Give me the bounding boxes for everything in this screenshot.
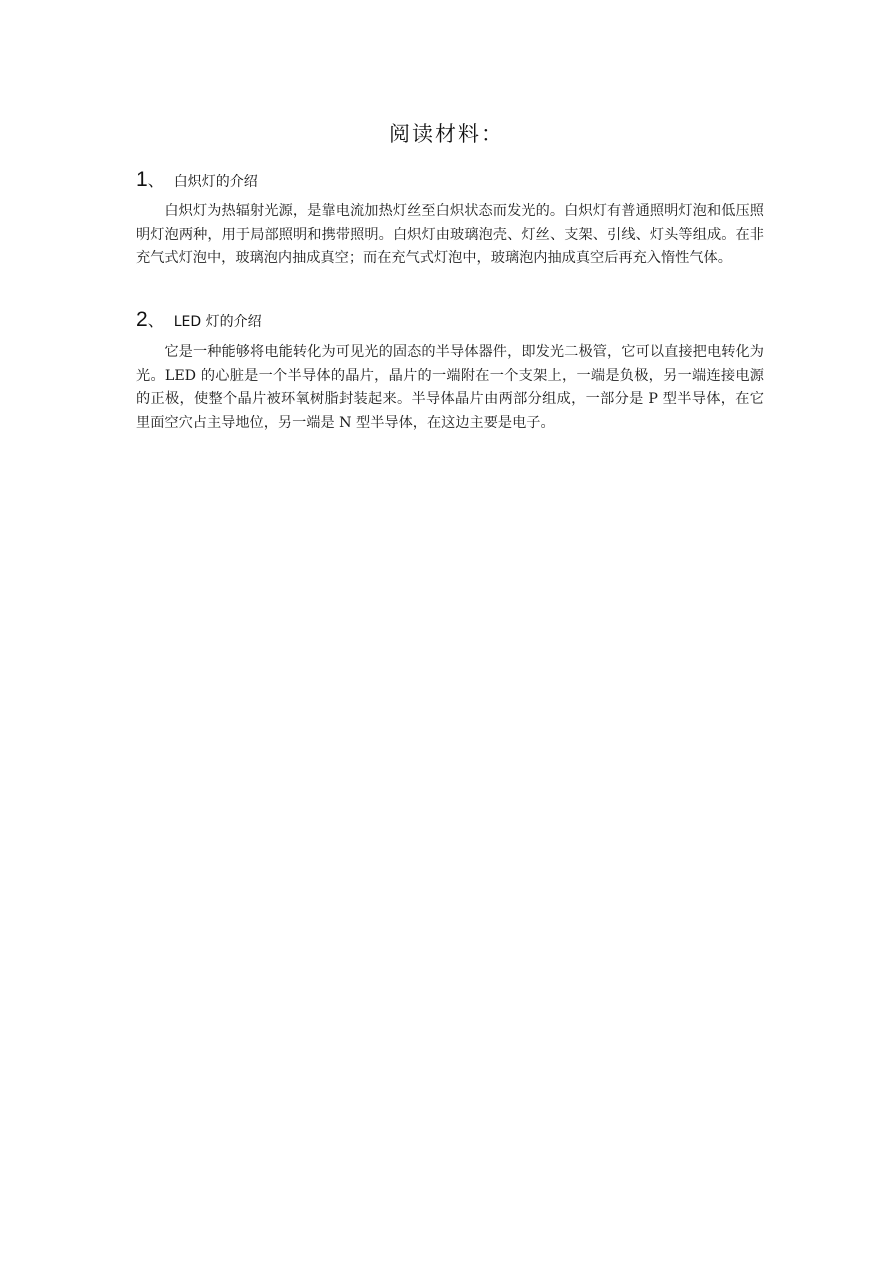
section-separator: 、: [148, 308, 164, 331]
section-heading-text: LED 灯的介绍: [174, 311, 262, 331]
section-heading-led: 2 、 LED 灯的介绍: [136, 308, 262, 332]
section-number: 2: [136, 308, 148, 332]
section-separator: 、: [148, 168, 164, 191]
section-heading-incandescent: 1 、 白炽灯的介绍: [136, 168, 258, 192]
section-paragraph-led: 它是一种能够将电能转化为可见光的固态的半导体器件，即发光二极管，它可以直接把电转…: [136, 341, 764, 435]
page-title: 阅读材料：: [0, 118, 893, 148]
document-page: 阅读材料： 1 、 白炽灯的介绍 白炽灯为热辐射光源，是靠电流加热灯丝至白炽状态…: [0, 0, 893, 1263]
section-paragraph-incandescent: 白炽灯为热辐射光源，是靠电流加热灯丝至白炽状态而发光的。白炽灯有普通照明灯泡和低…: [136, 200, 764, 271]
section-number: 1: [136, 168, 148, 192]
section-heading-text: 白炽灯的介绍: [174, 171, 258, 191]
